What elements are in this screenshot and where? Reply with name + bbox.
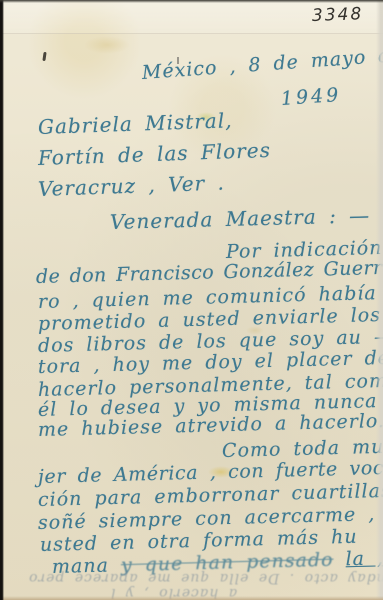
scan-edge-bottom (0, 596, 383, 600)
scan-edge-left (0, 0, 4, 600)
scan-edge-top (0, 0, 383, 3)
archive-number: 3348 (312, 4, 364, 26)
bleedthrough-text: mi tan anday acto . De ella que me apare… (28, 570, 383, 586)
dateline-year: 1949 (280, 84, 342, 110)
letter-scan: 3348 México , 8 de mayo de 1949 Gabriela… (0, 0, 383, 600)
scan-edge-right (376, 0, 383, 600)
